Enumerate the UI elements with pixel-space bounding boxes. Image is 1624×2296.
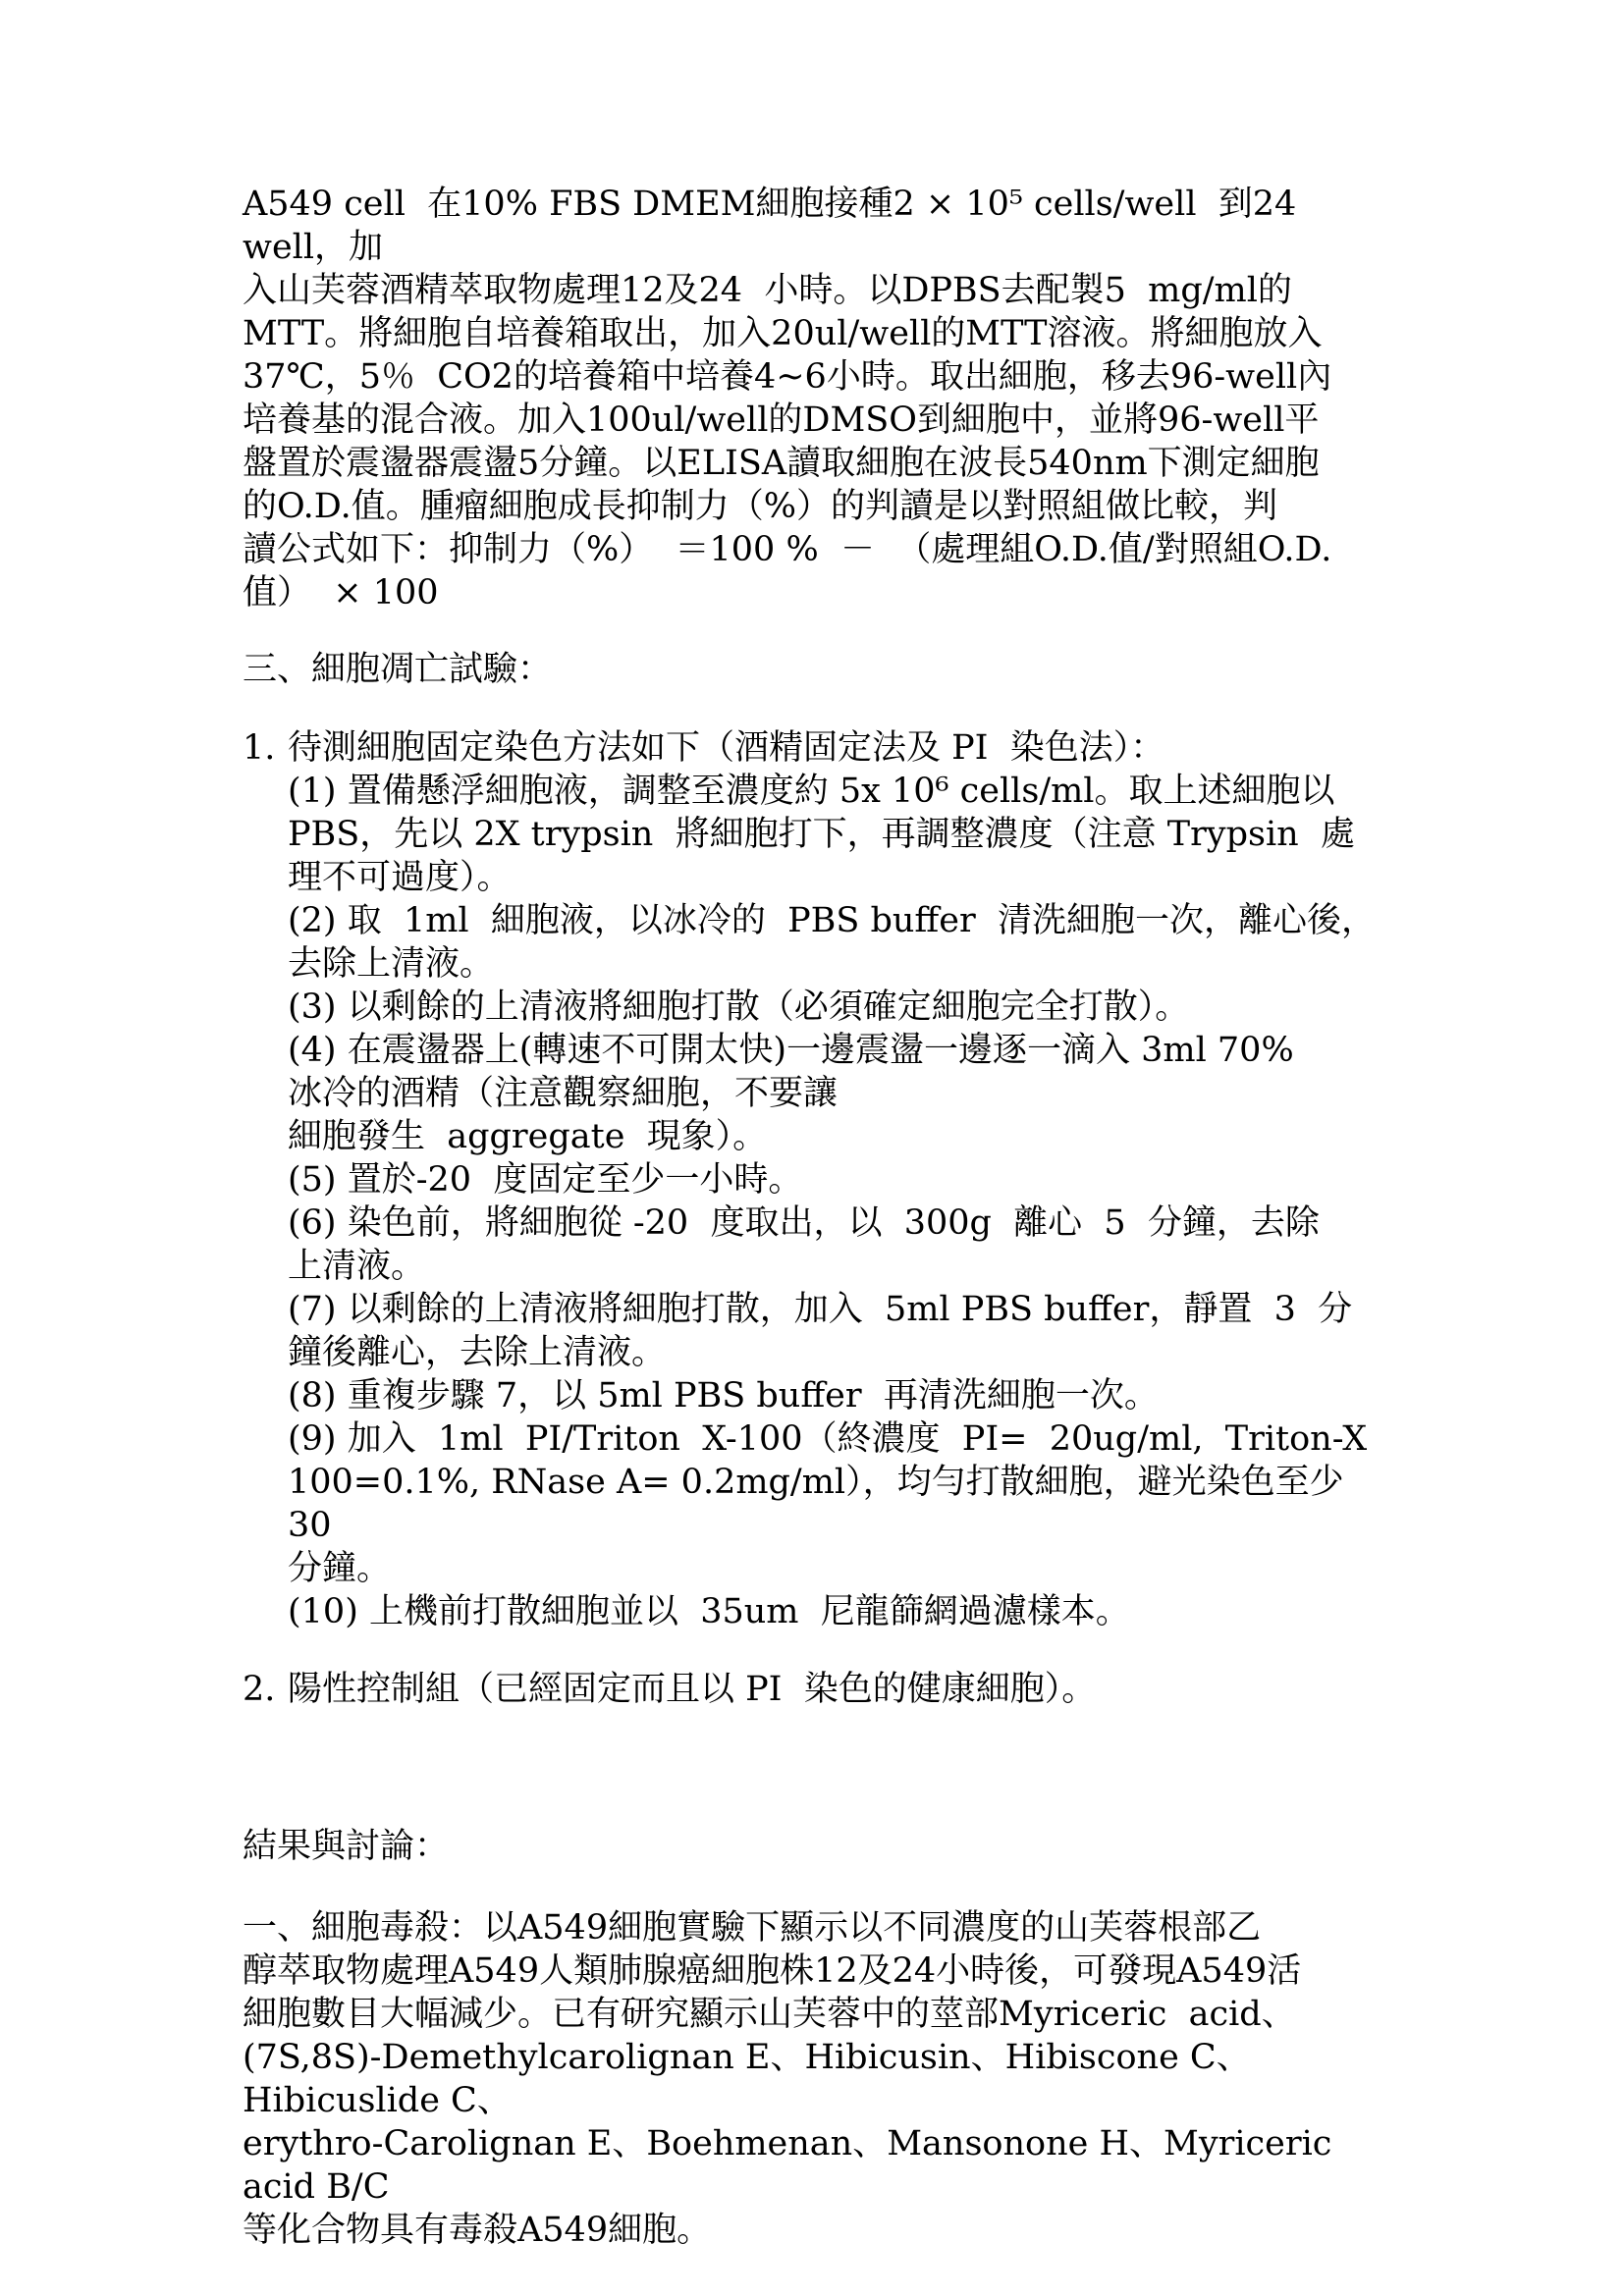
document-page: A549 cell 在10% FBS DMEM細胞接種2 × 10⁵ cells… bbox=[0, 0, 1624, 2296]
numbered-item-2: 2. 陽性控制組（已經固定而且以 PI 染色的健康細胞）。 bbox=[243, 1668, 1390, 1711]
procedure-step-4: (4) 在震盪器上(轉速不可開太快)一邊震盪一邊逐一滴入 3ml 70% 冰冷的… bbox=[288, 1029, 1390, 1158]
procedure-step-8: (8) 重複步驟 7，以 5ml PBS buffer 再清洗細胞一次。 bbox=[288, 1374, 1390, 1417]
procedure-step-1: (1) 置備懸浮細胞液，調整至濃度約 5x 10⁶ cells/ml。取上述細胞… bbox=[288, 770, 1390, 899]
procedure-step-9: (9) 加入 1ml PI/Triton X-100（終濃度 PI= 20ug/… bbox=[288, 1417, 1390, 1590]
item-2-content: 陽性控制組（已經固定而且以 PI 染色的健康細胞）。 bbox=[288, 1668, 1390, 1711]
positive-control-text: 陽性控制組（已經固定而且以 PI 染色的健康細胞）。 bbox=[288, 1668, 1390, 1711]
item-2-number: 2. bbox=[243, 1668, 275, 1711]
item-1-number: 1. bbox=[243, 726, 275, 770]
procedure-step-3: (3) 以剩餘的上清液將細胞打散（必須確定細胞完全打散）。 bbox=[288, 986, 1390, 1029]
results-discussion-heading: 結果與討論： bbox=[243, 1825, 1390, 1868]
mtt-assay-paragraph: A549 cell 在10% FBS DMEM細胞接種2 × 10⁵ cells… bbox=[243, 183, 1390, 614]
item-1-content: 待測細胞固定染色方法如下（酒精固定法及 PI 染色法）： (1) 置備懸浮細胞液… bbox=[288, 726, 1390, 1633]
apoptosis-section-heading: 三、細胞凋亡試驗： bbox=[243, 648, 1390, 691]
procedure-step-5: (5) 置於-20 度固定至少一小時。 bbox=[288, 1158, 1390, 1201]
procedure-step-6: (6) 染色前，將細胞從 -20 度取出，以 300g 離心 5 分鐘，去除 上… bbox=[288, 1201, 1390, 1288]
numbered-item-1: 1. 待測細胞固定染色方法如下（酒精固定法及 PI 染色法）： (1) 置備懸浮… bbox=[243, 726, 1390, 1633]
procedure-step-10: (10) 上機前打散細胞並以 35um 尼龍篩網過濾樣本。 bbox=[288, 1590, 1390, 1633]
procedure-step-7: (7) 以剩餘的上清液將細胞打散，加入 5ml PBS buffer，靜置 3 … bbox=[288, 1288, 1390, 1374]
cytotoxicity-results-paragraph: 一、細胞毒殺：以A549細胞實驗下顯示以不同濃度的山芙蓉根部乙 醇萃取物處理A5… bbox=[243, 1906, 1390, 2252]
procedure-step-2: (2) 取 1ml 細胞液，以冰冷的 PBS buffer 清洗細胞一次，離心後… bbox=[288, 899, 1390, 986]
fixation-staining-intro: 待測細胞固定染色方法如下（酒精固定法及 PI 染色法）： bbox=[288, 726, 1390, 770]
